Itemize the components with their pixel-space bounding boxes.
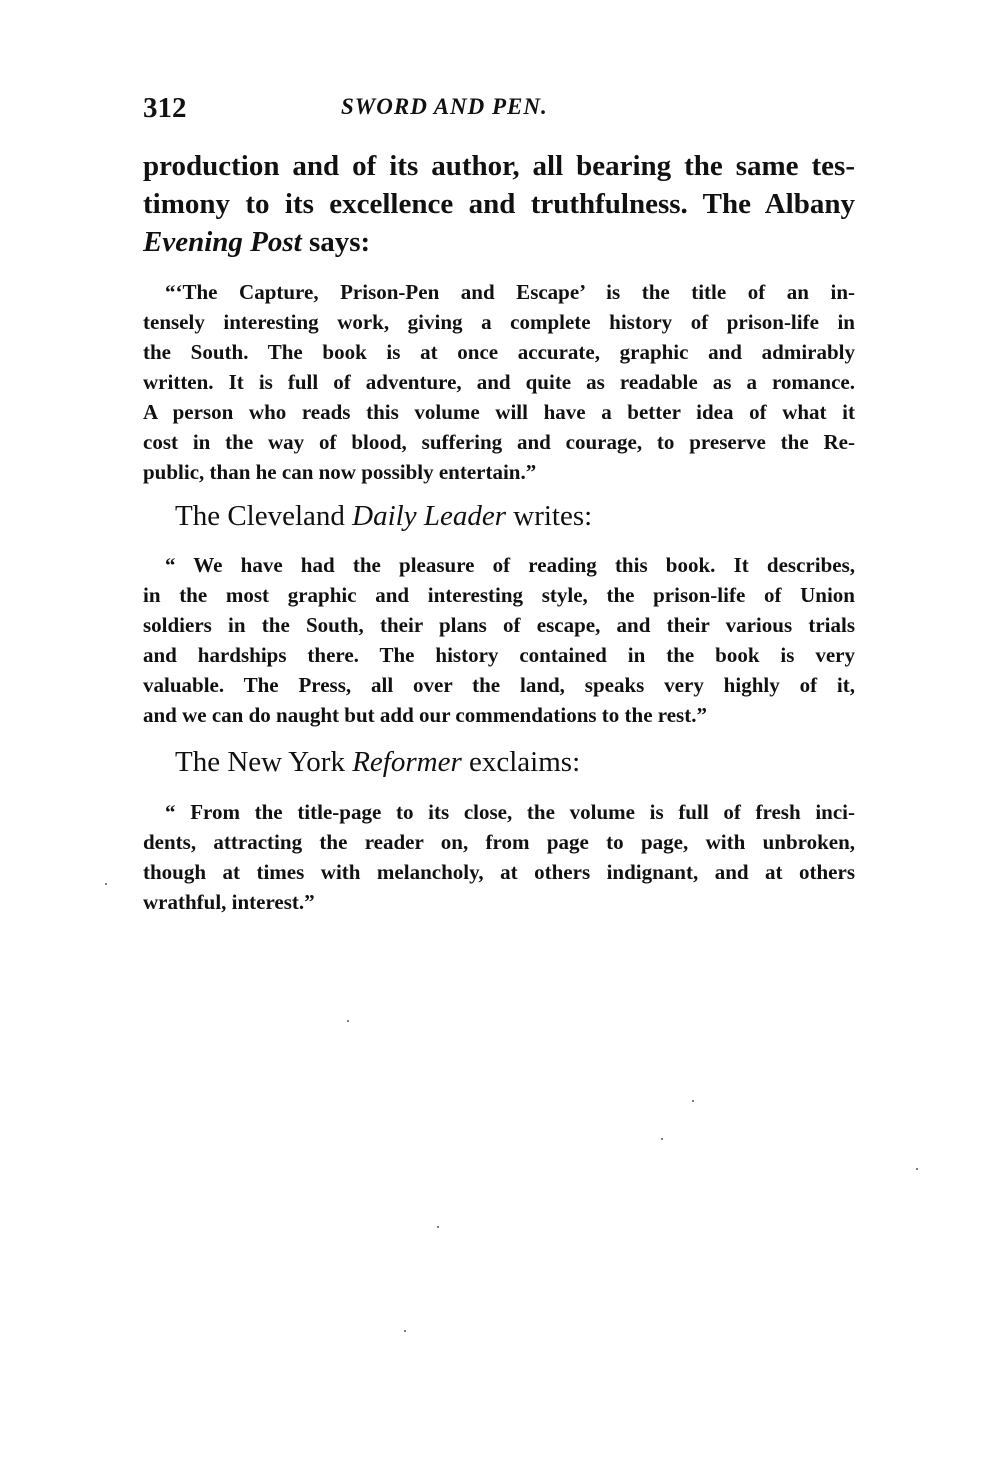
scan-speck <box>661 1138 663 1140</box>
scan-speck <box>347 1020 349 1022</box>
quote-line: A person who reads this volume will have… <box>143 400 855 425</box>
scan-speck <box>105 883 107 885</box>
source-heading: The New York Reformer exclaims: <box>175 746 580 779</box>
publication-name: Evening Post <box>143 226 302 258</box>
source-heading: The Cleveland Daily Leader writes: <box>175 500 592 533</box>
quote-line: wrathful, interest.” <box>143 890 855 915</box>
publication-name: Daily Leader <box>352 500 506 532</box>
quote-line: though at times with melancholy, at othe… <box>143 860 855 885</box>
page-number: 312 <box>143 92 187 125</box>
scan-speck <box>404 1330 406 1332</box>
running-title: SWORD AND PEN. <box>341 94 548 120</box>
running-head: 312 SWORD AND PEN. <box>143 92 855 132</box>
body-text-line: production and of its author, all bearin… <box>143 150 855 183</box>
quote-line: tensely interesting work, giving a compl… <box>143 310 855 335</box>
scan-speck <box>692 1100 694 1102</box>
book-page: 312 SWORD AND PEN. production and of its… <box>0 0 1000 1471</box>
quote-line: “ We have had the pleasure of reading th… <box>165 553 855 578</box>
body-text-line: Evening Post says: <box>143 226 855 259</box>
quote-line: cost in the way of blood, suffering and … <box>143 430 855 455</box>
quote-line: valuable. The Press, all over the land, … <box>143 673 855 698</box>
quote-line: soldiers in the South, their plans of es… <box>143 613 855 638</box>
quote-line: and hardships there. The history contain… <box>143 643 855 668</box>
scan-speck <box>437 1226 439 1228</box>
quote-line: in the most graphic and interesting styl… <box>143 583 855 608</box>
publication-name: Reformer <box>352 746 462 778</box>
quote-line: dents, attracting the reader on, from pa… <box>143 830 855 855</box>
quote-line: public, than he can now possibly enterta… <box>143 460 855 485</box>
scan-speck <box>916 1168 918 1170</box>
quote-line: written. It is full of adventure, and qu… <box>143 370 855 395</box>
quote-line: “ From the title-page to its close, the … <box>165 800 855 825</box>
quote-line: “‘The Capture, Prison-Pen and Escape’ is… <box>165 280 855 305</box>
body-text-line: timony to its excellence and truthfulnes… <box>143 188 855 221</box>
quote-line: and we can do naught but add our commend… <box>143 703 855 728</box>
quote-line: the South. The book is at once accurate,… <box>143 340 855 365</box>
